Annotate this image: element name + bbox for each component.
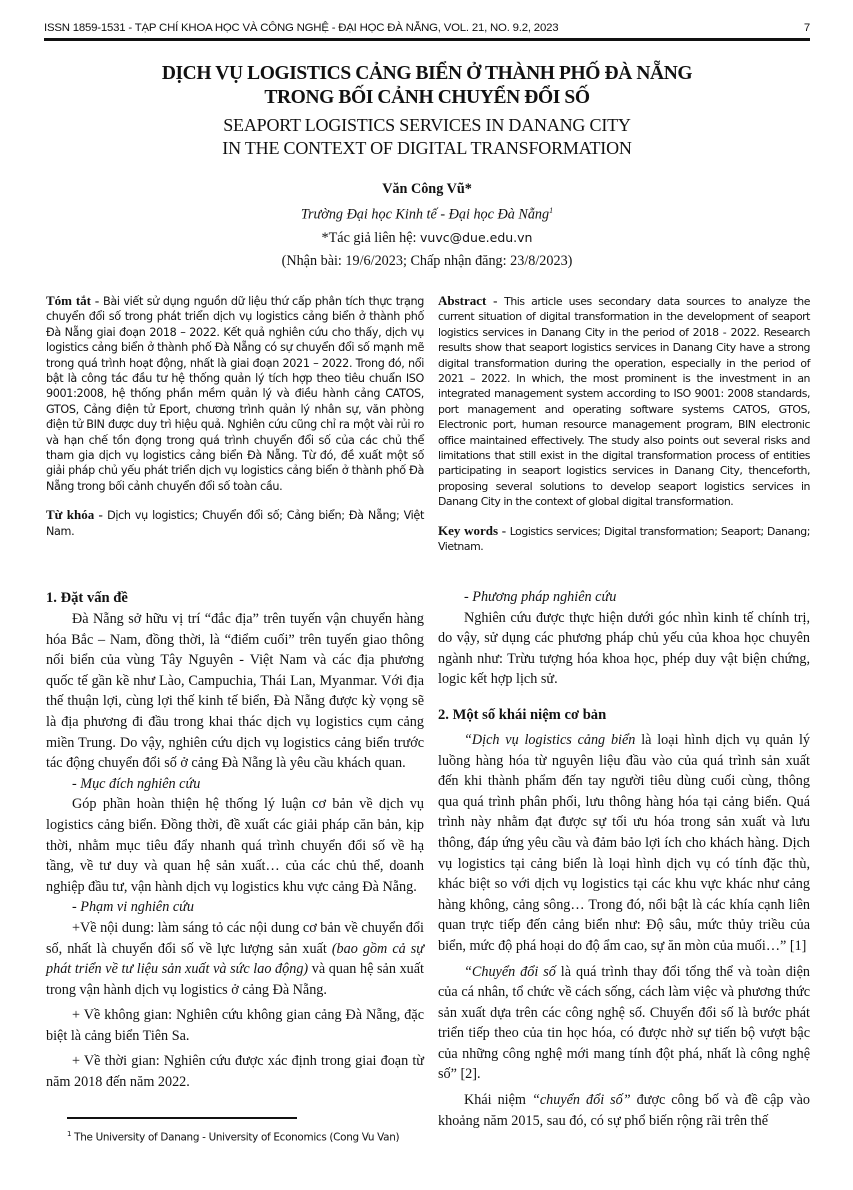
definition-logistics-paragraph: “Dịch vụ logistics cảng biển là loại hìn… bbox=[438, 730, 810, 957]
title-en-line-2: IN THE CONTEXT OF DIGITAL TRANSFORMATION bbox=[44, 137, 810, 160]
definition-digital-text: là quá trình thay đổi tổng thể và toàn d… bbox=[438, 964, 810, 1083]
abstract-vi-label: Tóm tắt - bbox=[46, 293, 103, 308]
right-column-body: - Phương pháp nghiên cứu Nghiên cứu được… bbox=[438, 587, 810, 1131]
section-2-heading: 2. Một số khái niệm cơ bản bbox=[438, 704, 810, 726]
purpose-subheading: - Mục đích nghiên cứu bbox=[46, 774, 424, 795]
section-1-intro: Đà Nẵng sở hữu vị trí “đắc địa” trên tuy… bbox=[46, 609, 424, 774]
contact-label: *Tác giả liên hệ: bbox=[322, 230, 420, 246]
running-head: ISSN 1859-1531 - TẠP CHÍ KHOA HỌC VÀ CÔN… bbox=[44, 20, 810, 38]
abstract-vietnamese: Tóm tắt - Bài viết sử dụng nguồn dữ liệu… bbox=[46, 293, 424, 539]
scope-subheading: - Phạm vi nghiên cứu bbox=[46, 897, 424, 918]
journal-header: ISSN 1859-1531 - TẠP CHÍ KHOA HỌC VÀ CÔN… bbox=[44, 22, 558, 34]
definition-digital-term: “Chuyển đổi số bbox=[464, 964, 556, 980]
title-english: SEAPORT LOGISTICS SERVICES IN DANANG CIT… bbox=[44, 114, 810, 160]
abstract-en-paragraph: Abstract - This article uses secondary d… bbox=[438, 293, 810, 510]
method-subheading: - Phương pháp nghiên cứu bbox=[438, 587, 810, 608]
definition-digital-paragraph: “Chuyển đổi số là quá trình thay đổi tổn… bbox=[438, 962, 810, 1086]
page-number: 7 bbox=[804, 22, 810, 34]
affiliation-text: Trường Đại học Kinh tế - Đại học Đà Nẵng bbox=[301, 207, 549, 223]
scope-space-paragraph: + Về không gian: Nghiên cứu không gian c… bbox=[46, 1005, 424, 1046]
footnote-text: The University of Danang - University of… bbox=[71, 1131, 399, 1143]
scope-time-paragraph: + Về thời gian: Nghiên cứu được xác định… bbox=[46, 1051, 424, 1092]
author-email-link[interactable]: vuvc@due.edu.vn bbox=[420, 230, 532, 245]
title-en-line-1: SEAPORT LOGISTICS SERVICES IN DANANG CIT… bbox=[44, 114, 810, 137]
footnote-rule bbox=[67, 1117, 297, 1119]
section-1-heading: 1. Đặt vấn đề bbox=[46, 587, 424, 609]
concept-history-start: Khái niệm bbox=[464, 1092, 532, 1108]
purpose-paragraph: Góp phần hoàn thiện hệ thống lý luận cơ … bbox=[46, 794, 424, 897]
title-vi-line-1: DỊCH VỤ LOGISTICS CẢNG BIỂN Ở THÀNH PHỐ … bbox=[44, 62, 810, 86]
footnote: 1 The University of Danang - University … bbox=[67, 1130, 399, 1143]
keywords-vi-label: Từ khóa - bbox=[46, 507, 107, 522]
author-block: Văn Công Vũ* Trường Đại học Kinh tế - Đạ… bbox=[44, 178, 810, 273]
abstract-en-text: This article uses secondary data sources… bbox=[438, 295, 810, 508]
abstract-vi-paragraph: Tóm tắt - Bài viết sử dụng nguồn dữ liệu… bbox=[46, 293, 424, 494]
keywords-english: Key words - Logistics services; Digital … bbox=[438, 523, 810, 555]
header-rule bbox=[44, 38, 810, 41]
title-vi-line-2: TRONG BỐI CẢNH CHUYỂN ĐỔI SỐ bbox=[44, 86, 810, 110]
method-paragraph: Nghiên cứu được thực hiện dưới góc nhìn … bbox=[438, 608, 810, 690]
title-block: DỊCH VỤ LOGISTICS CẢNG BIỂN Ở THÀNH PHỐ … bbox=[44, 62, 810, 160]
submission-dates: (Nhận bài: 19/6/2023; Chấp nhận đăng: 23… bbox=[44, 250, 810, 273]
keywords-en-label: Key words - bbox=[438, 523, 510, 538]
definition-logistics-term: “Dịch vụ logistics cảng biển bbox=[464, 732, 635, 748]
corresponding-author: *Tác giả liên hệ: vuvc@due.edu.vn bbox=[44, 226, 810, 250]
left-column-body: 1. Đặt vấn đề Đà Nẵng sở hữu vị trí “đắc… bbox=[46, 587, 424, 1093]
scope-content-paragraph: +Về nội dung: làm sáng tỏ các nội dung c… bbox=[46, 918, 424, 1000]
definition-logistics-text: là loại hình dịch vụ quản lý luồng hàng … bbox=[438, 732, 810, 954]
abstract-vi-text: Bài viết sử dụng nguồn dữ liệu thứ cấp p… bbox=[46, 295, 424, 493]
concept-history-paragraph: Khái niệm “chuyển đổi số” được công bố v… bbox=[438, 1090, 810, 1131]
abstract-english: Abstract - This article uses secondary d… bbox=[438, 293, 810, 555]
abstract-en-label: Abstract - bbox=[438, 293, 504, 308]
title-vietnamese: DỊCH VỤ LOGISTICS CẢNG BIỂN Ở THÀNH PHỐ … bbox=[44, 62, 810, 110]
concept-history-term: “chuyển đổi số” bbox=[532, 1092, 631, 1108]
keywords-vietnamese: Từ khóa - Dịch vụ logistics; Chuyển đổi … bbox=[46, 507, 424, 539]
author-affiliation: Trường Đại học Kinh tế - Đại học Đà Nẵng… bbox=[44, 200, 810, 226]
affiliation-footnote-marker: 1 bbox=[549, 206, 553, 215]
author-name: Văn Công Vũ* bbox=[44, 178, 810, 200]
